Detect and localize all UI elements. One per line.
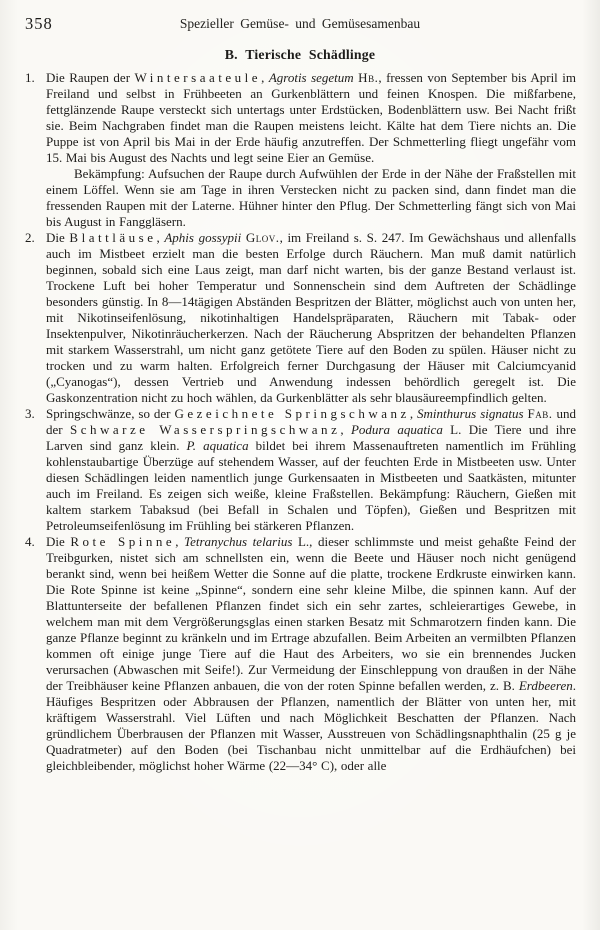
text-segment-plain: Die bbox=[46, 534, 70, 549]
text-segment-sperr: Rote Spinne bbox=[70, 534, 175, 549]
text-segment-plain: , bbox=[261, 70, 269, 85]
text-segment-caps: Glov. bbox=[246, 230, 280, 245]
item-number: 3. bbox=[24, 406, 46, 422]
paragraph: Springschwänze, so der Gezeichnete Sprin… bbox=[46, 406, 576, 534]
text-segment-italic: P. aquatica bbox=[187, 438, 249, 453]
item-body: Springschwänze, so der Gezeichnete Sprin… bbox=[46, 406, 576, 534]
text-segment-sperr: Blattläuse bbox=[69, 230, 156, 245]
text-segment-sperr: Schwarze Wasserspringschwanz bbox=[70, 422, 340, 437]
item-number: 2. bbox=[24, 230, 46, 246]
item-body: Die Blattläuse, Aphis gossypii Glov., im… bbox=[46, 230, 576, 406]
paragraph: Die Rote Spinne, Tetranychus telarius L.… bbox=[46, 534, 576, 774]
text-segment-italic: Erdbeeren bbox=[519, 678, 573, 693]
item-body: Die Rote Spinne, Tetranychus telarius L.… bbox=[46, 534, 576, 774]
text-segment-caps: Fab. bbox=[528, 406, 553, 421]
text-segment-italic: Aphis gossypii bbox=[164, 230, 241, 245]
running-header: Spezieller Gemüse- und Gemüsesamenbau bbox=[24, 14, 576, 32]
text-segment-italic: Agrotis segetum bbox=[269, 70, 354, 85]
list-item: 4. Die Rote Spinne, Tetranychus telarius… bbox=[24, 534, 576, 774]
book-page: 358 Spezieller Gemüse- und Gemüsesamenba… bbox=[0, 0, 600, 930]
text-segment-italic: Tetranychus telarius bbox=[184, 534, 292, 549]
page-header: 358 Spezieller Gemüse- und Gemüsesamenba… bbox=[24, 14, 576, 34]
list-item: 2. Die Blattläuse, Aphis gossypii Glov.,… bbox=[24, 230, 576, 406]
section-heading: B. Tierische Schädlinge bbox=[24, 47, 576, 63]
text-segment-plain: Bekämpfung: Aufsuchen der Raupe durch Au… bbox=[46, 166, 576, 229]
text-segment-plain: , bbox=[410, 406, 417, 421]
list-item: 1. Die Raupen der Wintersaateule, Agroti… bbox=[24, 70, 576, 230]
text-segment-caps: Hb. bbox=[358, 70, 378, 85]
item-body: Die Raupen der Wintersaateule, Agrotis s… bbox=[46, 70, 576, 230]
text-segment-plain: , bbox=[340, 422, 351, 437]
text-segment-italic: Podura aquatica bbox=[351, 422, 443, 437]
text-segment-plain: Springschwänze, so der bbox=[46, 406, 174, 421]
pest-list: 1. Die Raupen der Wintersaateule, Agroti… bbox=[24, 70, 576, 774]
paragraph: Die Blattläuse, Aphis gossypii Glov., im… bbox=[46, 230, 576, 406]
text-segment-plain: L., dieser schlimmste und meist gehaßte … bbox=[46, 534, 576, 693]
item-number: 1. bbox=[24, 70, 46, 86]
text-segment-italic: Sminthurus signatus bbox=[417, 406, 524, 421]
text-segment-plain: Die Raupen der bbox=[46, 70, 135, 85]
text-segment-sperr: Gezeichnete Springschwanz bbox=[174, 406, 409, 421]
page-number: 358 bbox=[25, 14, 53, 34]
paragraph: Bekämpfung: Aufsuchen der Raupe durch Au… bbox=[46, 166, 576, 230]
list-item: 3. Springschwänze, so der Gezeichnete Sp… bbox=[24, 406, 576, 534]
text-segment-plain: , bbox=[175, 534, 184, 549]
text-segment-plain: Die bbox=[46, 230, 69, 245]
text-segment-sperr: Wintersaateule bbox=[135, 70, 262, 85]
item-number: 4. bbox=[24, 534, 46, 550]
text-segment-plain: , im Freiland s. S. 247. Im Gewächshaus … bbox=[46, 230, 576, 405]
paragraph: Die Raupen der Wintersaateule, Agrotis s… bbox=[46, 70, 576, 166]
